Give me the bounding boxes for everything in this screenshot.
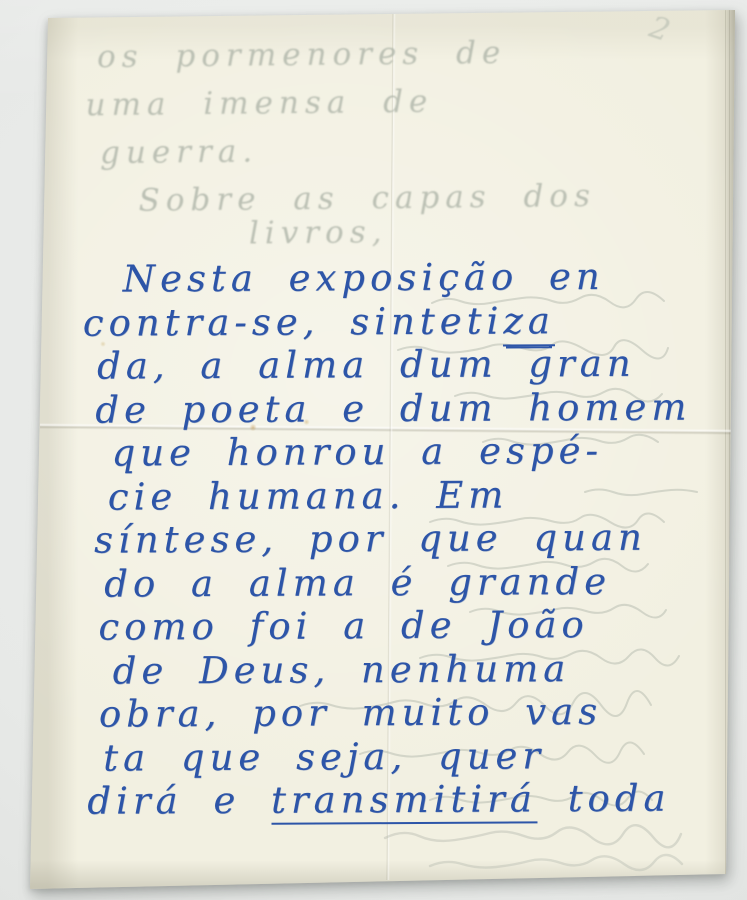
manuscript-line-8: do a alma é grande (82, 559, 732, 606)
manuscript-line-5: que honrou a espé- (81, 428, 731, 475)
manuscript-line-7: síntese, por que quan (82, 515, 732, 562)
manuscript-line-3: da, a alma dum gran (81, 341, 731, 388)
foxing-spot (303, 419, 310, 425)
manuscript-line-4: de poeta e dum homem (81, 385, 731, 432)
foxing-spot (100, 341, 106, 347)
manuscript-line-12: ta que seja, quer (83, 733, 733, 780)
manuscript-line-11: obra, por muito vas (83, 689, 733, 736)
manuscript-line-13: dirá e transmitirá toda (83, 776, 733, 823)
manuscript-line-9: como foi a de João (82, 602, 732, 649)
photo-background: 2 os pormenores de uma imensa de guerra.… (0, 0, 747, 900)
manuscript-line-2: contra-se, sintetiza (81, 298, 731, 345)
manuscript-line-10: de Deus, nenhuma (83, 646, 733, 693)
manuscript-text: Nesta exposição en contra-se, sintetiza … (81, 254, 734, 823)
manuscript-line-1: Nesta exposição en (81, 254, 731, 301)
letter-page: 2 os pormenores de uma imensa de guerra.… (0, 0, 747, 900)
manuscript-line-6: cie humana. Em (82, 472, 732, 519)
foxing-spot (249, 424, 257, 431)
paper-shadow: 2 os pormenores de uma imensa de guerra.… (0, 0, 747, 900)
